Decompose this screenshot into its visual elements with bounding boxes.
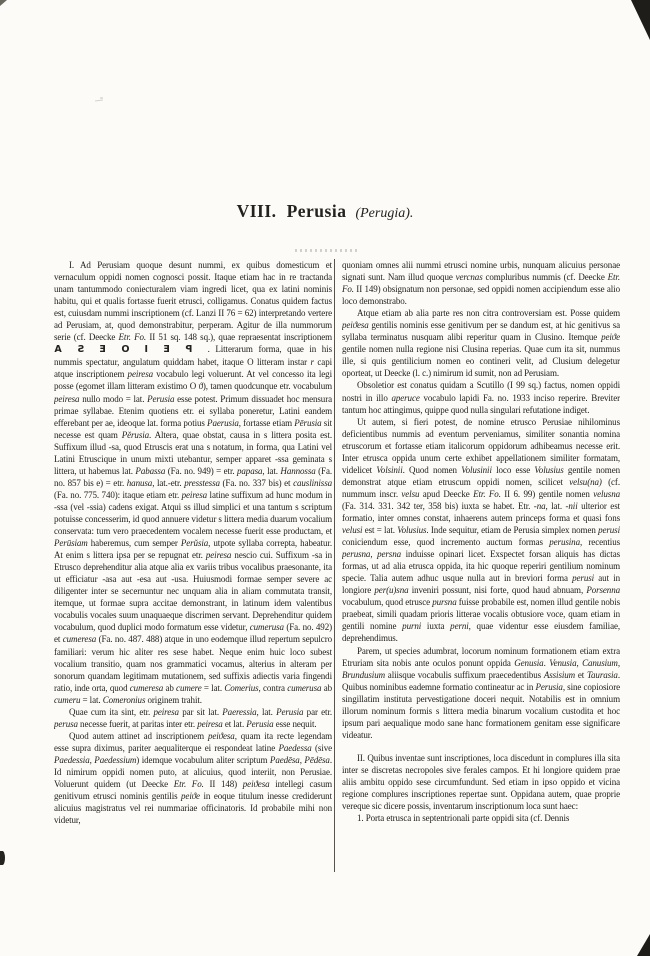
italic-term: Perusia (536, 682, 563, 692)
scan-artifact-pencil-mark (95, 97, 106, 104)
italic-term: r (311, 357, 314, 367)
chapter-annotation: (Perugia). (355, 206, 413, 221)
italic-term: perni (450, 621, 469, 631)
italic-term: velusna (593, 489, 620, 499)
italic-term: Paedēsa (270, 755, 300, 765)
italic-term: peiresa (153, 707, 178, 717)
italic-term: Porsenna (586, 585, 620, 595)
paragraph: Parem, ut species adumbrat, locorum nomi… (342, 645, 620, 741)
italic-term: Volusius (534, 465, 563, 475)
italic-term: Etr. Fo. (119, 332, 147, 342)
italic-term: peiresa (197, 719, 222, 729)
scan-artifact-corner-bottom-right (637, 934, 650, 956)
italic-term: persna (377, 549, 401, 559)
column-left: I. Ad Perusiam quoque desunt nummi, ex q… (54, 259, 332, 874)
italic-term: Venusia (549, 658, 576, 668)
italic-term: perusa (54, 719, 78, 729)
italic-term: Etr. Fo. (473, 489, 501, 499)
paragraph: Ut autem, si fieri potest, de nomine etr… (342, 416, 620, 645)
italic-term: Paedessa (278, 743, 311, 753)
italic-term: Genusia (514, 658, 543, 668)
italic-term: Hannossa (280, 466, 315, 476)
italic-term: purni (402, 621, 421, 631)
italic-term: perusi (598, 525, 620, 535)
scan-artifact-corner-top-left (0, 0, 7, 6)
italic-term: Comerius (224, 683, 258, 693)
italic-term: Assisium (544, 670, 575, 680)
italic-term: velsu (401, 489, 419, 499)
italic-term: perusina (549, 537, 580, 547)
italic-term: causlinissa (293, 478, 332, 488)
italic-term: Perusia (147, 394, 174, 404)
italic-term: Paedessia (54, 755, 90, 765)
italic-term: Pĕrusia (122, 430, 149, 440)
italic-term: presstessa (184, 478, 220, 488)
italic-term: Volusius (397, 525, 426, 535)
italic-term: Pērusia (294, 418, 321, 428)
paragraph: 1. Porta etrusca in septentrionali parte… (342, 812, 620, 824)
italic-term: perusna (342, 549, 370, 559)
italic-term: peiϑesa (342, 320, 369, 330)
italic-term: Paedessium (94, 755, 136, 765)
italic-term: perusi (572, 573, 594, 583)
italic-term: hanusa (127, 478, 152, 488)
italic-term: velusi (342, 525, 362, 535)
italic-term: Perūsiam (54, 538, 88, 548)
italic-term: peiϑesa (208, 731, 235, 741)
italic-term: peiϑe (601, 332, 620, 342)
scan-artifact-smudge (295, 249, 357, 252)
scanned-book-page: VIII.Perusia(Perugia). I. Ad Perusiam qu… (0, 0, 650, 956)
italic-term: peiϑe (181, 791, 200, 801)
italic-term: cumere (176, 683, 202, 693)
italic-term: cumeresa (63, 634, 96, 644)
italic-term: cumerusa (250, 622, 284, 632)
paragraph: Quae cum ita sint, etr. peiresa par sit … (54, 706, 332, 730)
italic-term: Perusia (246, 719, 273, 729)
scan-artifact-edge-blob (0, 851, 5, 865)
chapter-heading: VIII.Perusia(Perugia). (0, 201, 650, 222)
italic-term: Perŭsia (181, 538, 208, 548)
italic-term: Volusinii (461, 465, 492, 475)
paragraph: quoniam omnes alii nummi etrusci nomine … (342, 259, 620, 307)
italic-term: Etr. Fo. (174, 779, 204, 789)
italic-term: peiresa (182, 490, 207, 500)
column-divider-rule (334, 259, 335, 872)
column-right: quoniam omnes alii nummi etrusci nomine … (342, 259, 620, 874)
page-title: Perusia (287, 201, 347, 221)
italic-term: Pabassa (135, 466, 165, 476)
italic-term: cumerusa (287, 683, 321, 693)
italic-term: pursna (432, 597, 456, 607)
italic-term: Pēdēsa (304, 755, 329, 765)
italic-term: Paerusia (207, 418, 239, 428)
paragraph: II. Quibus inventae sunt inscriptiones, … (342, 752, 620, 812)
italic-term: cumeru (54, 695, 80, 705)
italic-term: aperuce (391, 393, 419, 403)
italic-term: -na (534, 501, 546, 511)
paragraph: Obsoletior est conatus quidam a Scutillo… (342, 379, 620, 415)
italic-term: Comeronius (103, 695, 146, 705)
italic-term: per(u)sna (374, 585, 408, 595)
italic-term: peiresa (128, 369, 153, 379)
etruscan-inscription: ASEOIEP (54, 344, 208, 355)
italic-term: peiresa (54, 394, 79, 404)
italic-term: -nii (566, 501, 578, 511)
italic-term: Volsinii (376, 465, 402, 475)
italic-term: peiϑesa (243, 779, 270, 789)
italic-term: Paeressia (222, 707, 256, 717)
italic-term: cumeresa (130, 683, 163, 693)
paragraph: Quod autem attinet ad inscriptionem peiϑ… (54, 730, 332, 826)
italic-term: Canusium (582, 658, 618, 668)
italic-term: Perusia (276, 707, 303, 717)
italic-term: papasa (237, 466, 262, 476)
italic-term: peiresa (206, 550, 231, 560)
scan-artifact-corner-top-right (631, 0, 650, 40)
italic-term: velsu(na) (569, 477, 602, 487)
paragraph: Atque etiam ab alia parte res non citra … (342, 307, 620, 379)
chapter-number: VIII. (237, 201, 277, 221)
italic-term: vercnas (456, 272, 483, 282)
italic-term: Taurasia (587, 670, 618, 680)
italic-term: Brundusium (342, 670, 385, 680)
paragraph: I. Ad Perusiam quoque desunt nummi, ex q… (54, 259, 332, 706)
